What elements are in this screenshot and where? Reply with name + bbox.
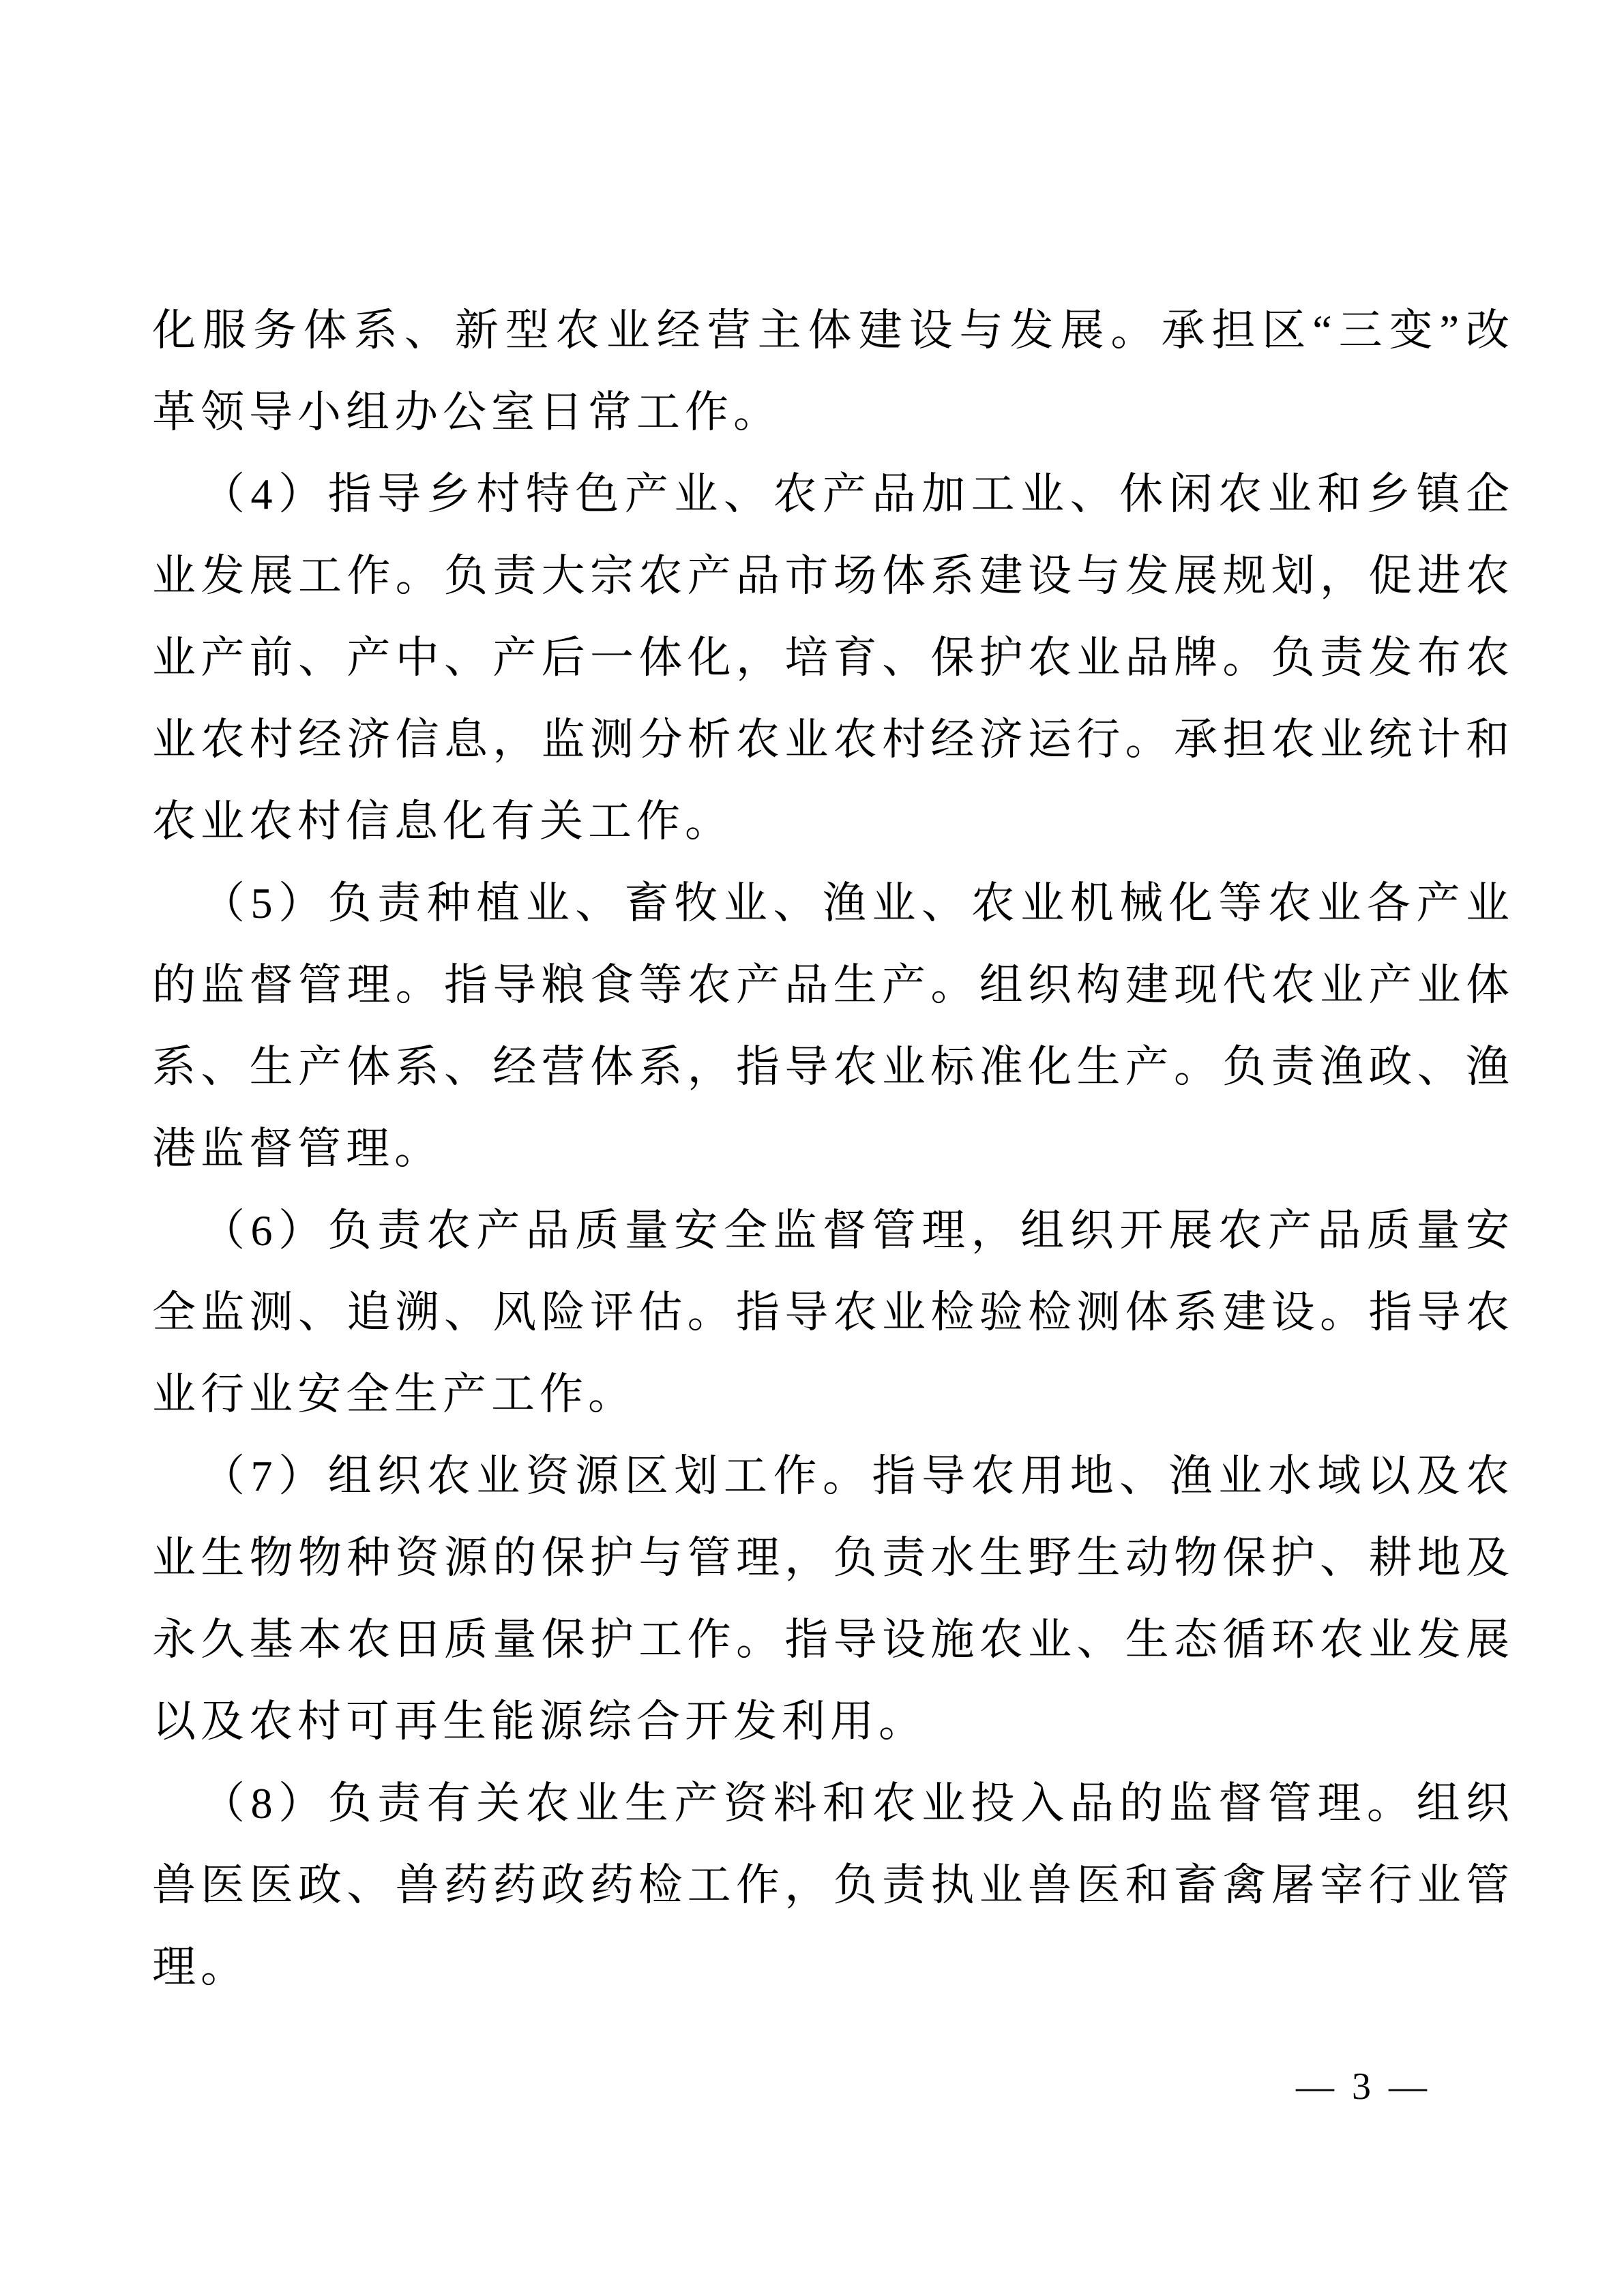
text-line: 的监督管理。指导粮食等农产品生产。组织构建现代农业产业体	[152, 944, 1511, 1026]
text-line: 业行业安全生产工作。	[152, 1354, 1511, 1435]
text-line: 兽医医政、兽药药政药检工作，负责执业兽医和畜禽屠宰行业管	[152, 1845, 1511, 1926]
text-line: 业产前、产中、产后一体化，培育、保护农业品牌。负责发布农	[152, 617, 1511, 699]
page-number: — 3 —	[1296, 2065, 1431, 2108]
text-line: 全监测、追溯、风险评估。指导农业检验检测体系建设。指导农	[152, 1272, 1511, 1354]
text-line: 系、生产体系、经营体系，指导农业标准化生产。负责渔政、渔	[152, 1026, 1511, 1108]
text-line: 业发展工作。负责大宗农产品市场体系建设与发展规划，促进农	[152, 535, 1511, 617]
text-line: 化服务体系、新型农业经营主体建设与发展。承担区“三变”改	[152, 290, 1511, 372]
text-line: （7）组织农业资源区划工作。指导农用地、渔业水域以及农	[152, 1435, 1511, 1517]
text-line: 农业农村信息化有关工作。	[152, 781, 1511, 863]
text-line: 港监督管理。	[152, 1108, 1511, 1190]
text-line: 业生物物种资源的保护与管理，负责水生野生动物保护、耕地及	[152, 1517, 1511, 1599]
text-line: 以及农村可再生能源综合开发利用。	[152, 1681, 1511, 1763]
text-line: 理。	[152, 1926, 1511, 2008]
text-line: 革领导小组办公室日常工作。	[152, 372, 1511, 453]
text-line: （8）负责有关农业生产资料和农业投入品的监督管理。组织	[152, 1763, 1511, 1845]
text-line: 永久基本农田质量保护工作。指导设施农业、生态循环农业发展	[152, 1599, 1511, 1681]
text-line: （4）指导乡村特色产业、农产品加工业、休闲农业和乡镇企	[152, 453, 1511, 535]
text-line: （6）负责农产品质量安全监督管理，组织开展农产品质量安	[152, 1190, 1511, 1272]
text-line: （5）负责种植业、畜牧业、渔业、农业机械化等农业各产业	[152, 863, 1511, 944]
document-page: { "page": { "background": "#ffffff", "te…	[0, 0, 1624, 2296]
document-body: 化服务体系、新型农业经营主体建设与发展。承担区“三变”改革领导小组办公室日常工作…	[152, 290, 1511, 2008]
text-line: 业农村经济信息，监测分析农业农村经济运行。承担农业统计和	[152, 699, 1511, 781]
